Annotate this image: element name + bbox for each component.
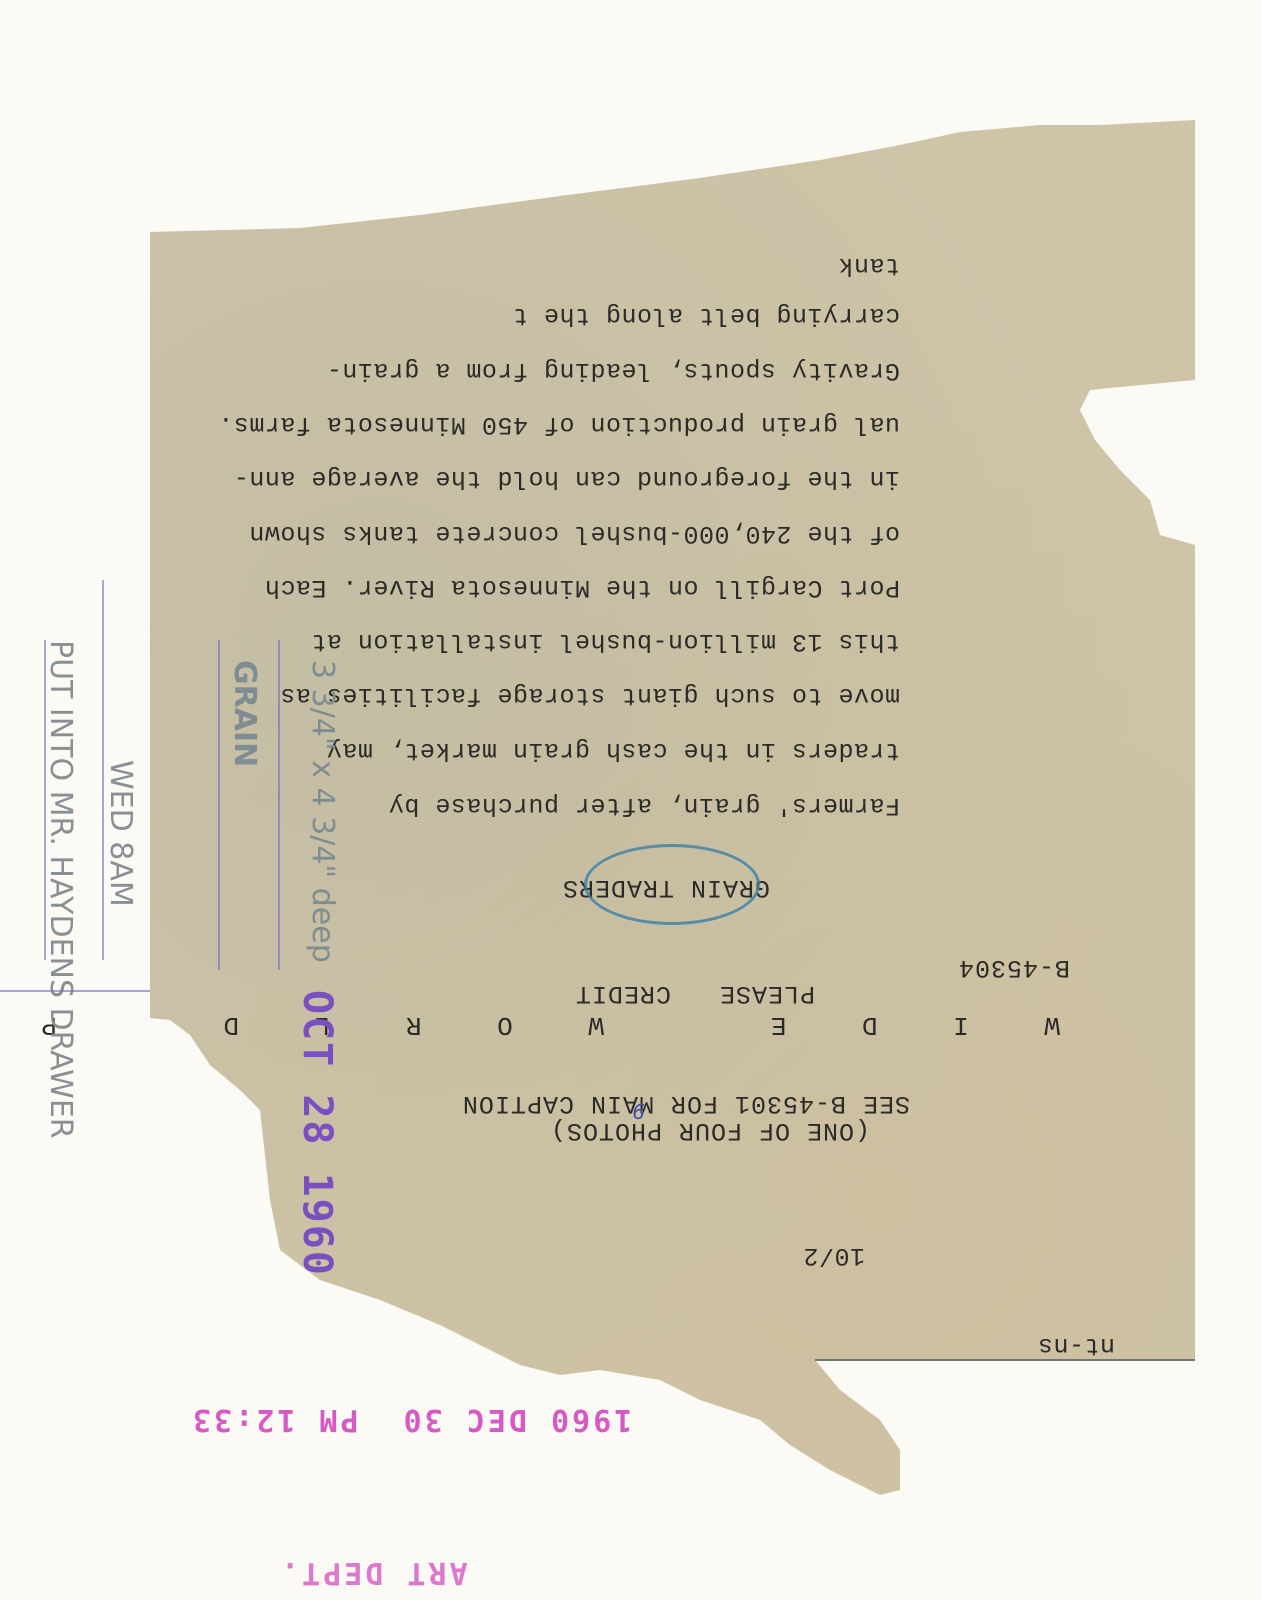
caption-line: Port Cargill on the Minnesota River. Eac… [264,573,900,602]
please-credit: PLEASE CREDIT [575,979,815,1008]
caption-see-main: SEE B-45301 FOR MAIN CAPTION [462,1089,910,1118]
ruled-line [0,990,150,992]
ruled-line [278,640,280,970]
pencil-circle [584,844,760,925]
photo-id: B-45304 [958,953,1070,982]
handwritten-correction: 6 [632,1100,645,1124]
caption-bottom-fragment-date: 10/2 [803,1241,865,1270]
handwritten-filing-note: PUT INTO MR. HAYDENS DRAWER [43,640,78,1139]
handwritten-subject-note: GRAIN [227,660,262,767]
department-stamp: ART DEPT. [278,1555,468,1590]
handwritten-size-note: 3 3/4" x 4 3/4" deep [305,660,340,963]
caption-line: move to such giant storage facilities as [280,681,900,710]
agency-credit: W I D E W O R L D P H O T O [0,1010,1060,1040]
ruled-line [44,640,46,960]
caption-parenthetical: (ONE OF FOUR PHOTOS) [550,1116,870,1145]
caption-line: ual grain production of 450 Minnesota fa… [218,410,900,439]
caption-line: this 13 million-bushel installation at [311,627,900,656]
received-date-stamp: OCT 28 1960 [294,990,340,1277]
caption-line: tank [838,251,900,280]
caption-line: in the foreground can hold the average a… [233,464,900,493]
caption-bottom-fragment: nt-ns [1037,1331,1115,1360]
caption-line: Farmers' grain, after purchase by [388,791,900,820]
ruled-line [218,640,220,970]
handwritten-schedule-note: WED 8AM [103,760,138,907]
caption-line: of the 240,000-bushel concrete tanks sho… [249,519,900,548]
caption-line: carrying belt along the t [512,301,900,330]
caption-line: Gravity spouts, leading from a grain- [326,356,900,385]
timestamp-stamp: 1960 DEC 30 PM 12:33 [190,1402,632,1437]
caption-line: traders in the cash grain market, may [326,736,900,765]
ruled-line [102,580,104,960]
